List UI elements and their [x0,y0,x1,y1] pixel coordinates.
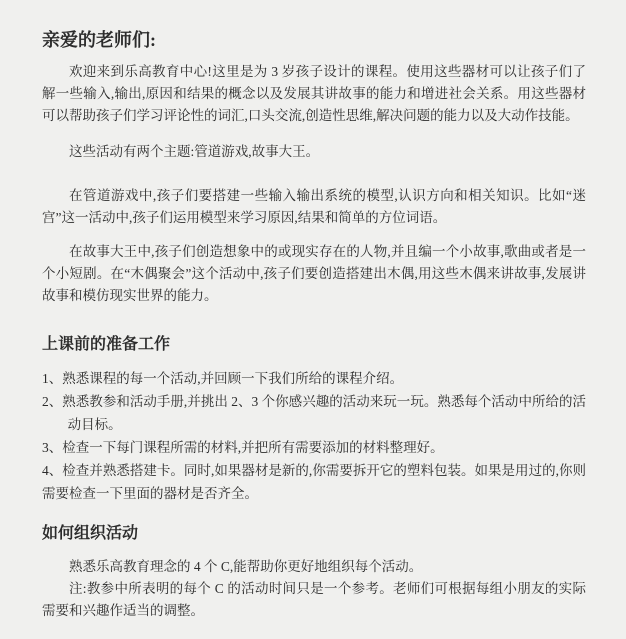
preparation-list: 1、熟悉课程的每一个活动,并回顾一下我们所给的课程介绍。 2、熟悉教参和活动手册… [42,367,586,505]
greeting-heading: 亲爱的老师们: [42,28,586,52]
intro-paragraph-themes: 这些活动有两个主题:管道游戏,故事大王。 [42,141,586,163]
document-page: 亲爱的老师们: 欢迎来到乐高教育中心!这里是为 3 岁孩子设计的课程。使用这些器… [0,0,626,639]
preparation-list-item-4: 4、检查并熟悉搭建卡。同时,如果器材是新的,你需要拆开它的塑料包装。如果是用过的… [42,459,586,505]
organize-paragraph-4c: 熟悉乐高教育理念的 4 个 C,能帮助你更好地组织每个活动。 [42,556,586,578]
preparation-list-item-2: 2、熟悉教参和活动手册,并挑出 2、3 个你感兴趣的活动来玩一玩。熟悉每个活动中… [42,390,586,436]
section-heading-preparation: 上课前的准备工作 [42,333,586,356]
preparation-list-item-3: 3、检查一下每门课程所需的材料,并把所有需要添加的材料整理好。 [42,436,586,459]
preparation-list-item-1: 1、熟悉课程的每一个活动,并回顾一下我们所给的课程介绍。 [42,367,586,390]
section-heading-organize-activities: 如何组织活动 [42,522,586,545]
intro-paragraph-story-king: 在故事大王中,孩子们创造想象中的或现实存在的人物,并且编一个小故事,歌曲或者是一… [42,241,586,307]
intro-paragraph-welcome: 欢迎来到乐高教育中心!这里是为 3 岁孩子设计的课程。使用这些器材可以让孩子们了… [42,61,586,127]
organize-paragraph-note: 注:教参中所表明的每个 C 的活动时间只是一个参考。老师们可根据每组小朋友的实际… [42,578,586,622]
intro-paragraph-pipe-game: 在管道游戏中,孩子们要搭建一些输入输出系统的模型,认识方向和相关知识。比如“迷宫… [42,185,586,229]
